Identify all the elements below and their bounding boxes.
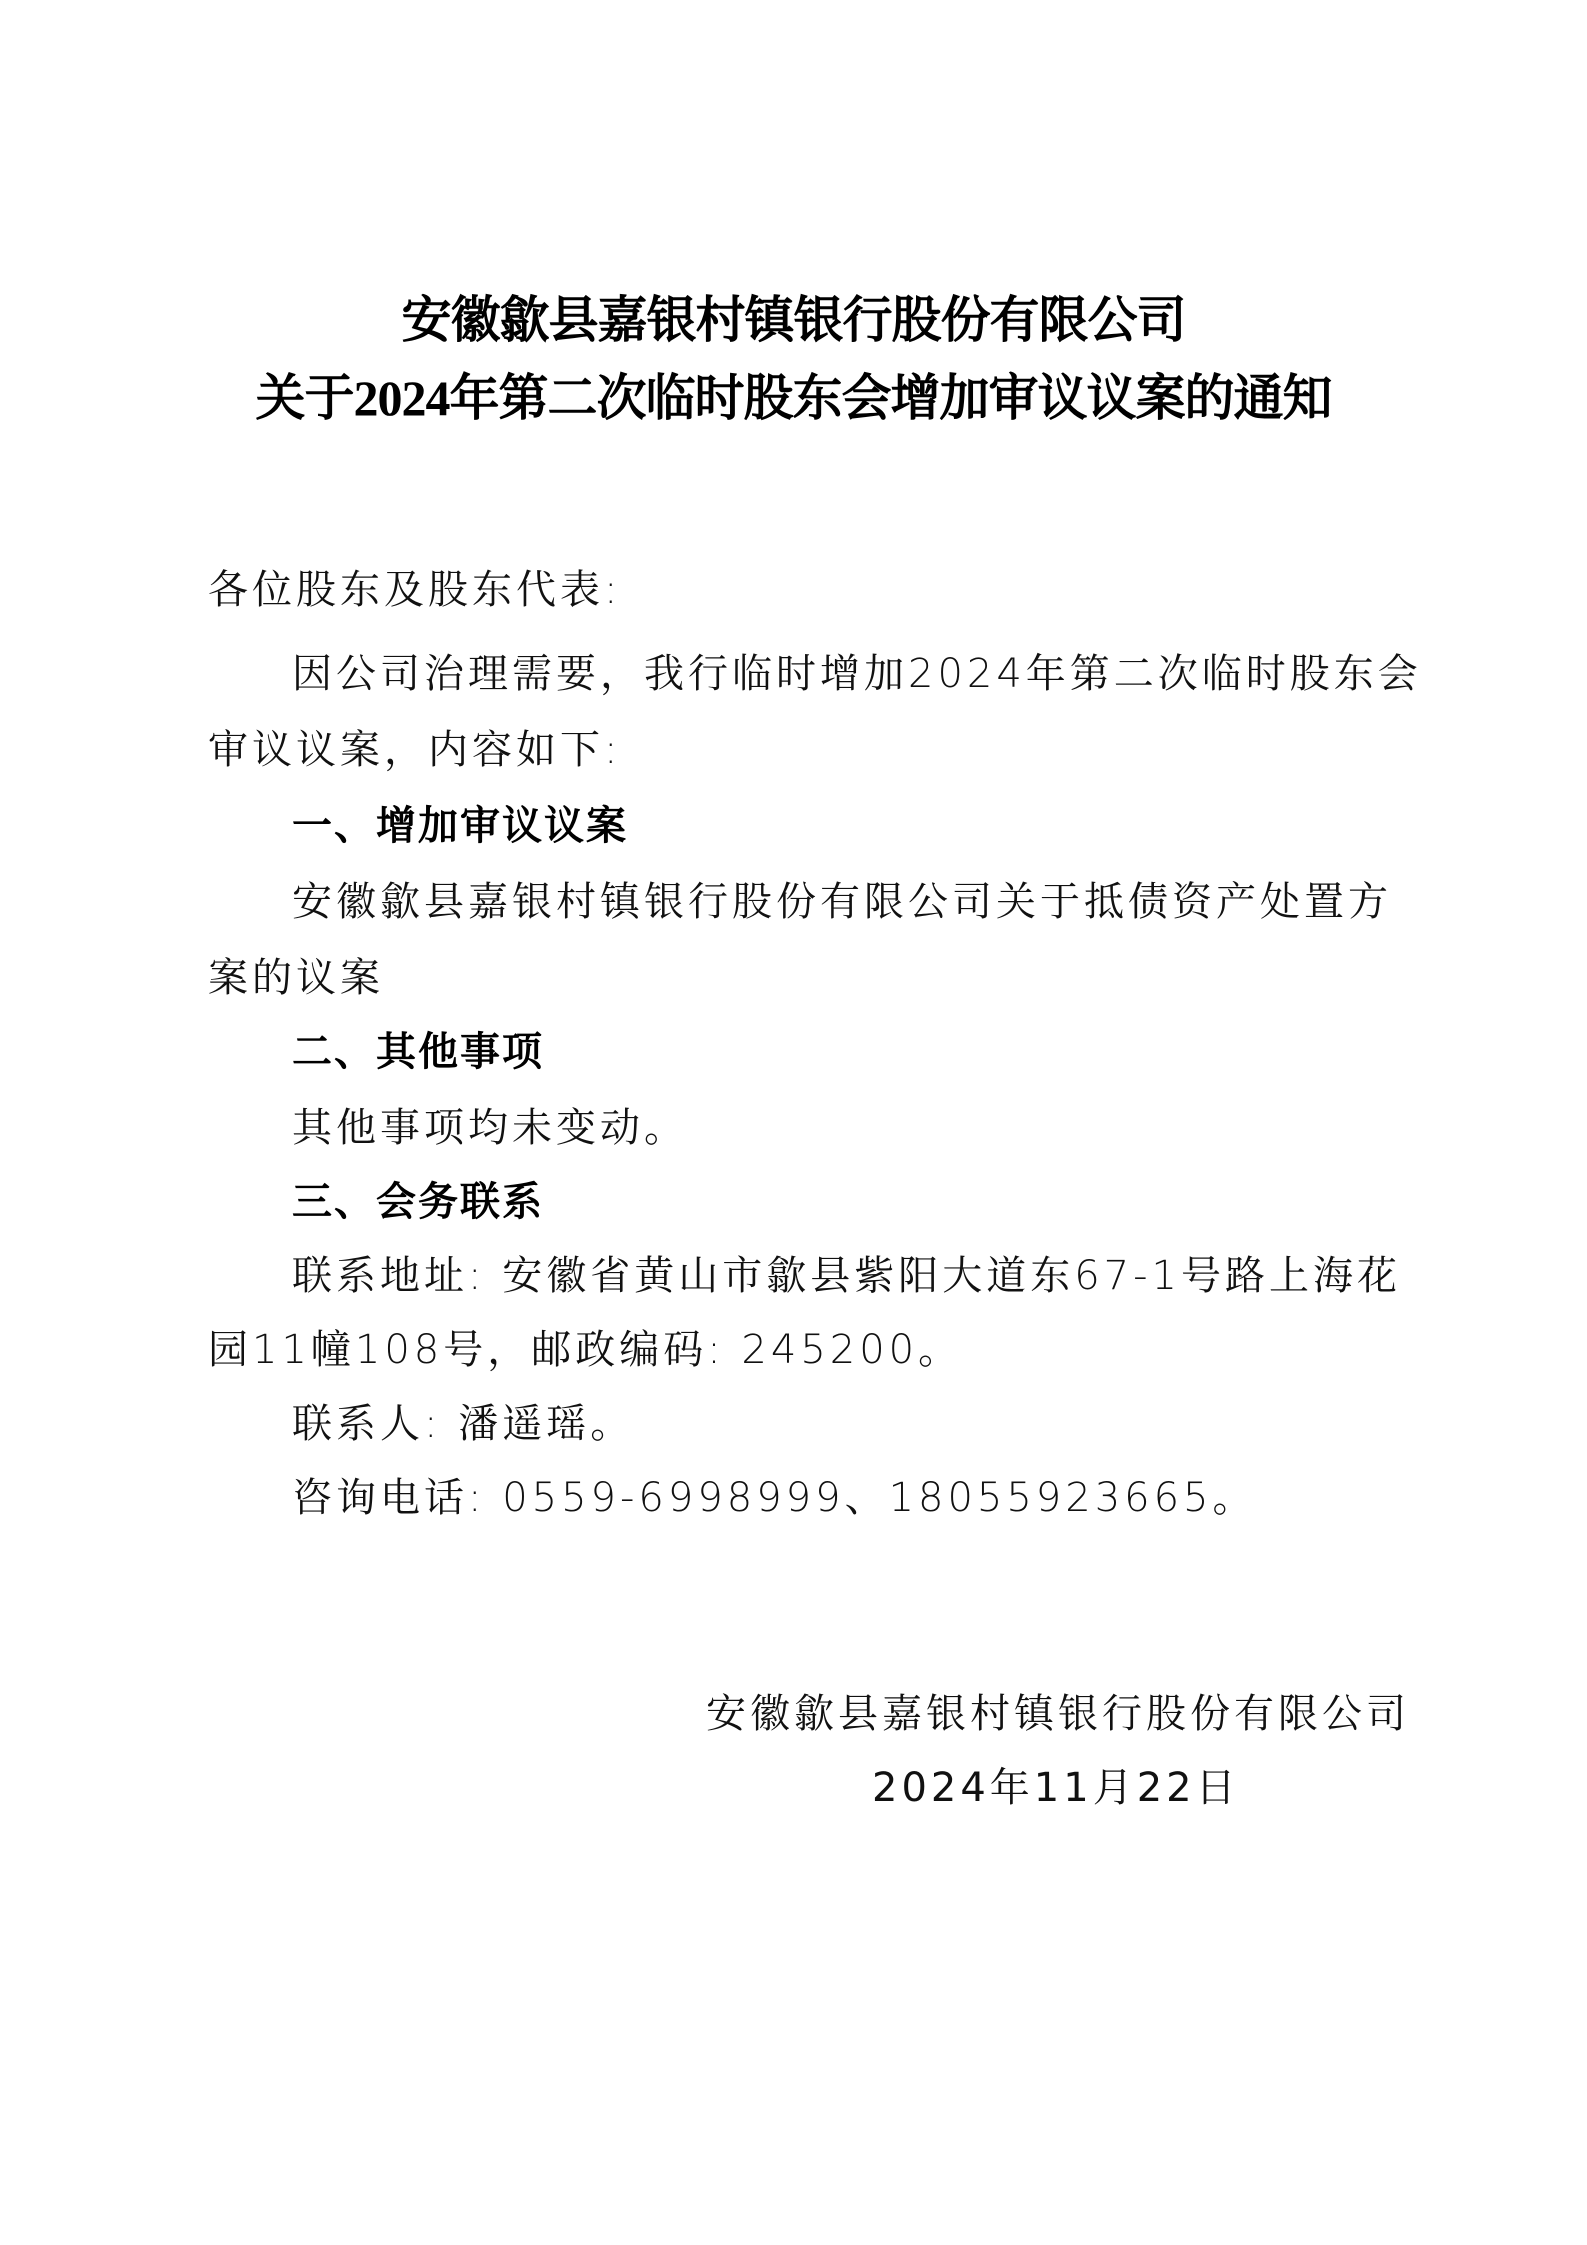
section-heading-other-matters: 二、其他事项 xyxy=(292,1024,1472,1080)
contact-phone: 咨询电话: 0559-6998999、18055923665。 xyxy=(292,1470,1472,1526)
document-title-line-2: 关于2024年第二次临时股东会增加审议议案的通知 xyxy=(0,368,1587,428)
document-title-line-1: 安徽歙县嘉银村镇银行股份有限公司 xyxy=(0,290,1587,350)
contact-person: 联系人: 潘遥瑶。 xyxy=(292,1396,1472,1452)
intro-paragraph-line-2: 审议议案，内容如下: xyxy=(208,722,1388,778)
intro-paragraph-line-1: 因公司治理需要，我行临时增加2024年第二次临时股东会 xyxy=(292,646,1472,702)
signature-date: 2024年11月22日 xyxy=(872,1760,1240,1816)
proposal-text-line-1: 安徽歙县嘉银村镇银行股份有限公司关于抵债资产处置方 xyxy=(292,874,1472,930)
salutation: 各位股东及股东代表: xyxy=(208,562,1388,618)
other-matters-text: 其他事项均未变动。 xyxy=(292,1100,1472,1156)
section-heading-proposal: 一、增加审议议案 xyxy=(292,798,1472,854)
signature-organization: 安徽歙县嘉银村镇银行股份有限公司 xyxy=(706,1686,1410,1742)
document-page: 安徽歙县嘉银村镇银行股份有限公司 关于2024年第二次临时股东会增加审议议案的通… xyxy=(0,0,1587,2245)
contact-address-line-1: 联系地址: 安徽省黄山市歙县紫阳大道东67-1号路上海花 xyxy=(292,1248,1472,1304)
contact-address-line-2: 园11幢108号，邮政编码: 245200。 xyxy=(208,1322,1388,1378)
section-heading-contact: 三、会务联系 xyxy=(292,1174,1472,1230)
proposal-text-line-2: 案的议案 xyxy=(208,950,1388,1006)
